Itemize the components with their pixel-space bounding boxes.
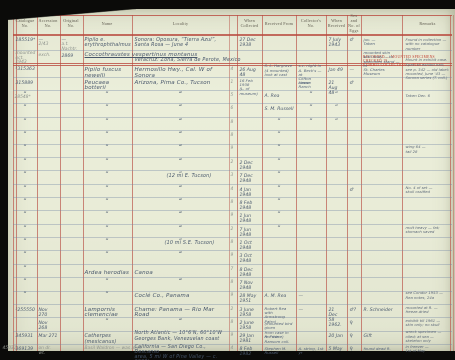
cell-cat: ⁵315363: [16, 67, 35, 72]
cell-extra: R. Schneider: [364, 308, 400, 313]
cell-loc: ”: [179, 132, 182, 138]
cell-wrec: ”: [335, 92, 338, 98]
cell-coll: 7 Nov 1948: [240, 281, 260, 291]
cell-tally: 3: [231, 174, 236, 179]
row-rule: [13, 117, 452, 118]
cell-loc: ”: [179, 119, 182, 125]
cell-extra: mounted skin with body — to specimen sta…: [364, 51, 400, 77]
cell-coll: 26 Aug 48: [240, 68, 260, 78]
cell-coll: 29 Jan 1981: [240, 334, 260, 344]
cell-wrec: 20 Jan: [329, 334, 345, 339]
cell-sex: ♂: [350, 188, 359, 193]
cell-from: rec'd in Ransom coll.: [265, 335, 294, 344]
cell-acc: Mar 271: [39, 334, 58, 339]
header-from: Received From: [263, 15, 295, 33]
cell-cat: ”: [23, 159, 26, 165]
row-rule: [13, 90, 452, 91]
cell-loc: ”: [179, 186, 182, 192]
cell-tally: 8: [231, 201, 236, 206]
cell-loc: Canoa: [135, 271, 227, 277]
cell-from: S. M. Russell: [265, 107, 294, 112]
cell-name: Ardea herodias: [85, 271, 130, 277]
cell-sex: ♀: [350, 321, 359, 326]
cell-name: ”: [105, 226, 108, 232]
cell-cat: 369139: [16, 347, 35, 352]
cell-tally: 4: [231, 68, 236, 73]
row-rule: [13, 237, 452, 238]
row-rule: [13, 224, 452, 225]
cell-cat: ”: [23, 145, 26, 151]
cell-tally: 8: [231, 281, 236, 286]
cell-from: ”: [277, 172, 280, 178]
cell-coll: 16 Feb 1938 (L. of museum): [240, 79, 260, 96]
row-rule: [13, 103, 452, 104]
cell-loc: California — San Diego Co., Descanso are…: [135, 345, 227, 360]
cell-sex: ♀: [350, 334, 359, 339]
header-loc: Locality: [133, 15, 228, 33]
cell-name: ”: [105, 132, 108, 138]
cell-coll: 2 Dec 1948: [240, 161, 260, 171]
cell-name: ”: [105, 252, 108, 258]
cell-tally: 9: [231, 147, 236, 152]
cell-loc: North Atlantic — 10°6'N, 60°10'W Georges…: [135, 331, 227, 341]
cell-loc: ”: [179, 92, 182, 98]
cell-tally: 9: [231, 294, 236, 299]
row-rule: [13, 157, 452, 158]
cell-acc: Nov 268: [39, 321, 58, 331]
cell-tally: 2: [231, 161, 236, 166]
cell-tally: 5: [231, 94, 236, 99]
cell-name: ”: [105, 92, 108, 98]
cell-name: ”: [105, 212, 108, 218]
cell-from: S. L. Hargrave (4 mounted) look at cast: [265, 64, 294, 77]
cell-orig: a.t. Nachtr.: [62, 43, 81, 52]
cell-from: ”: [277, 226, 280, 232]
header-cno: Collector's No.: [297, 15, 325, 33]
cell-wrec: ”: [335, 105, 338, 111]
row-rule: [13, 291, 452, 292]
cell-wrec: 5 May: [329, 347, 345, 352]
cell-coll: 1 Jun 1948: [240, 214, 260, 224]
cell-sex: —: [350, 68, 359, 73]
row-rule: [13, 250, 452, 251]
cell-cat: ”: [23, 239, 26, 245]
cell-rem: exhibit till 1961 — skin only; no skull: [406, 319, 450, 328]
cell-loc: ”: [179, 105, 182, 111]
row-rule: [13, 210, 452, 211]
cell-tally: 6: [231, 107, 236, 112]
cell-tally: 8: [231, 134, 236, 139]
header-rem: Remarks: [404, 15, 451, 33]
cell-name: Pipilo fuscus newelli: [85, 68, 130, 80]
cell-from: ”: [277, 199, 280, 205]
cell-name: ”: [105, 319, 108, 325]
cell-coll: 4 Jan 1948: [240, 188, 260, 198]
cell-loc: ”: [179, 252, 182, 258]
row-rule: [13, 344, 452, 345]
column-rule: [453, 15, 454, 351]
cell-coll: 8 Feb 1982: [240, 347, 260, 357]
row-rule: [13, 317, 452, 318]
cell-coll: 3 Oct 1948: [240, 254, 260, 264]
cell-cat: ”: [23, 292, 26, 298]
row-rule: [13, 304, 452, 305]
cell-name: ”: [105, 145, 108, 151]
header-coll: When Collected: [238, 15, 261, 33]
cell-tally: 9: [231, 254, 236, 259]
ledger-grid: Catalogue No.Accession No.Original No.Na…: [0, 0, 455, 360]
cell-rem: wing 64 — tail 28: [406, 145, 450, 154]
row-rule: [13, 197, 452, 198]
cell-wrec: Jan 49: [329, 68, 345, 73]
cell-cno: —: [299, 294, 324, 299]
cell-from: A. Rea: [265, 94, 294, 99]
cell-acc: on dr. wt.: [39, 347, 58, 356]
cell-cat: 185519*: [16, 38, 35, 43]
cell-sex: ♂: [350, 81, 359, 86]
cell-rem: Taken Dec. 6: [406, 94, 450, 98]
cell-tally: 8: [231, 321, 236, 326]
cell-cat: ”: [23, 252, 26, 258]
header-rule: [13, 35, 452, 36]
cell-cno: A. string, 1st yr: [299, 347, 324, 356]
scan-corner-shadow: [8, 9, 136, 20]
cell-acc: exch.: [39, 54, 58, 59]
row-rule: [13, 77, 452, 78]
cell-loc: Veracruz: Zona, Sierra de Perote, Mexico: [135, 58, 255, 63]
cell-margin: 45031: [3, 347, 12, 352]
cell-from: ”: [277, 119, 280, 125]
cell-cat: 345931: [16, 334, 35, 339]
cell-name: ”: [105, 292, 108, 298]
cell-cat: ”: [23, 199, 26, 205]
cell-coll: 27 Dec 1938: [240, 38, 260, 48]
cell-loc: ”: [179, 199, 182, 205]
cell-rem: Found in collection — with no catalogue …: [406, 38, 450, 51]
cell-name: Pipilo e. erythrophthalmus: [85, 38, 130, 48]
cell-from: ”: [277, 186, 280, 192]
cell-cat: mounted oct. 1943: [16, 52, 35, 66]
cell-loc: ”: [179, 319, 182, 325]
cell-sex: ♂: [350, 38, 359, 43]
header-wrec: When Received: [327, 15, 346, 33]
cell-rem: Spec. in exhibit hall; see p. 342 — old …: [406, 63, 450, 80]
cell-cno: ”: [309, 92, 312, 98]
cell-cno: ”: [309, 119, 312, 125]
cell-from: ”: [277, 145, 280, 151]
cell-name: ”: [105, 159, 108, 165]
cell-extra: found dead R.: [364, 347, 400, 351]
cell-coll: 8 Feb 1948: [240, 201, 260, 211]
cell-tally: 8: [231, 121, 236, 126]
cell-loc: ”: [179, 159, 182, 165]
cell-name: ”: [105, 105, 108, 111]
row-rule: [13, 184, 452, 185]
cell-cno: Lamm Ranch: [299, 81, 324, 90]
cell-rem: molt heavy — fat; stomach saved: [406, 226, 450, 235]
row-rule: [13, 144, 452, 145]
cell-cat: 315889: [16, 81, 35, 86]
cell-name: ”: [105, 239, 108, 245]
cell-coll: 7 Dec 1948: [240, 174, 260, 184]
cell-wrec: ”: [335, 119, 338, 125]
row-rule: [13, 170, 452, 171]
cell-from: ”: [277, 159, 280, 165]
cell-tally: 4: [231, 188, 236, 193]
cell-name: ”: [105, 172, 108, 178]
cell-cat: ”: [23, 279, 26, 285]
cell-coll: 8 Dec 1948: [240, 268, 260, 278]
cell-sex: ♂?: [350, 308, 359, 313]
cell-extra: juv. — Taken: [364, 38, 400, 47]
cell-loc: ”: [179, 212, 182, 218]
cell-loc: Sonora: Oposura, “Tierra Azul”, Santa Ro…: [135, 38, 227, 48]
cell-cat: ”: [23, 186, 26, 192]
cell-from: A. M. Rea: [265, 294, 294, 299]
cell-coll: 1 Oct 1948: [240, 241, 260, 251]
header-sex: Sex and No. of Eggs: [348, 15, 360, 33]
cell-cat: ”: [23, 132, 26, 138]
cell-cat: ”: [23, 105, 26, 111]
cell-rem: in freezer — 1st of May: [406, 345, 450, 354]
cell-tally: 2: [231, 308, 236, 313]
row-rule: [13, 264, 452, 265]
cell-rem: No. 4 of set — skull ossified: [406, 186, 450, 195]
cell-tally: 9: [231, 334, 236, 339]
cell-cno: ”: [309, 105, 312, 111]
cell-tally: 1: [231, 81, 236, 86]
cell-wrec: 1962.: [329, 323, 345, 328]
cell-tally: 7: [231, 268, 236, 273]
cell-from: Stephen M. Russell: [265, 347, 294, 356]
cell-loc: ”: [179, 279, 182, 285]
cell-loc: Hermosillo Hwy., Cal. W of Sonora: [135, 68, 227, 80]
cell-rem: mounted at R. — freeze-dried: [406, 306, 450, 315]
row-rule: [13, 331, 452, 332]
cell-cat: ”: [23, 172, 26, 178]
cell-tally: 8: [231, 241, 236, 246]
cell-name: Catherpes (mexicanus): [85, 334, 130, 344]
cell-extra: Gift: [364, 334, 400, 339]
cell-name: ”: [105, 186, 108, 192]
cell-acc: 2/43: [39, 43, 58, 48]
cell-sex: ♀: [350, 347, 359, 352]
cell-tally: 4: [231, 347, 236, 352]
cell-cat: ”: [23, 92, 26, 98]
cell-wrec: 21 Dec 58: [329, 308, 345, 323]
cell-acc: Nov 270: [39, 308, 58, 318]
cell-rem: wreck specimen — oiled; at sea — skeleto…: [406, 330, 450, 343]
cell-name: ”: [105, 279, 108, 285]
cell-from: ”: [277, 212, 280, 218]
row-rule: [13, 130, 452, 131]
cell-name: ”: [105, 199, 108, 205]
cell-wrec: 7 July 1943: [329, 38, 345, 48]
cell-loc: Arizona, Pima Co., Tucson: [135, 81, 227, 87]
cell-coll: 2 June 1958: [240, 321, 260, 331]
cell-coll: 7 Jun 1948: [240, 228, 260, 238]
cell-loc: ”: [179, 145, 182, 151]
cell-tally: 2: [231, 228, 236, 233]
cell-cat: ”: [23, 119, 26, 125]
cell-cat: ”: [23, 266, 26, 272]
cell-tally: 9: [231, 214, 236, 219]
cell-from: ”: [277, 132, 280, 138]
cell-cat: ²255550: [16, 308, 35, 313]
cell-name: ”: [105, 119, 108, 125]
cell-rem: see Condor 1953 — Rea notes, 24a: [406, 291, 450, 300]
cell-cat: ”: [23, 212, 26, 218]
cell-orig: 2869: [62, 54, 81, 59]
row-rule: [13, 277, 452, 278]
cell-coll: 3 June 1958: [240, 308, 260, 318]
cell-cno: —: [299, 308, 324, 313]
cell-loc: ”: [179, 226, 182, 232]
cell-loc: Coclé Co., Panama: [135, 294, 227, 300]
cell-coll: 28 May 1951: [240, 294, 260, 304]
cell-cat: ”: [23, 226, 26, 232]
